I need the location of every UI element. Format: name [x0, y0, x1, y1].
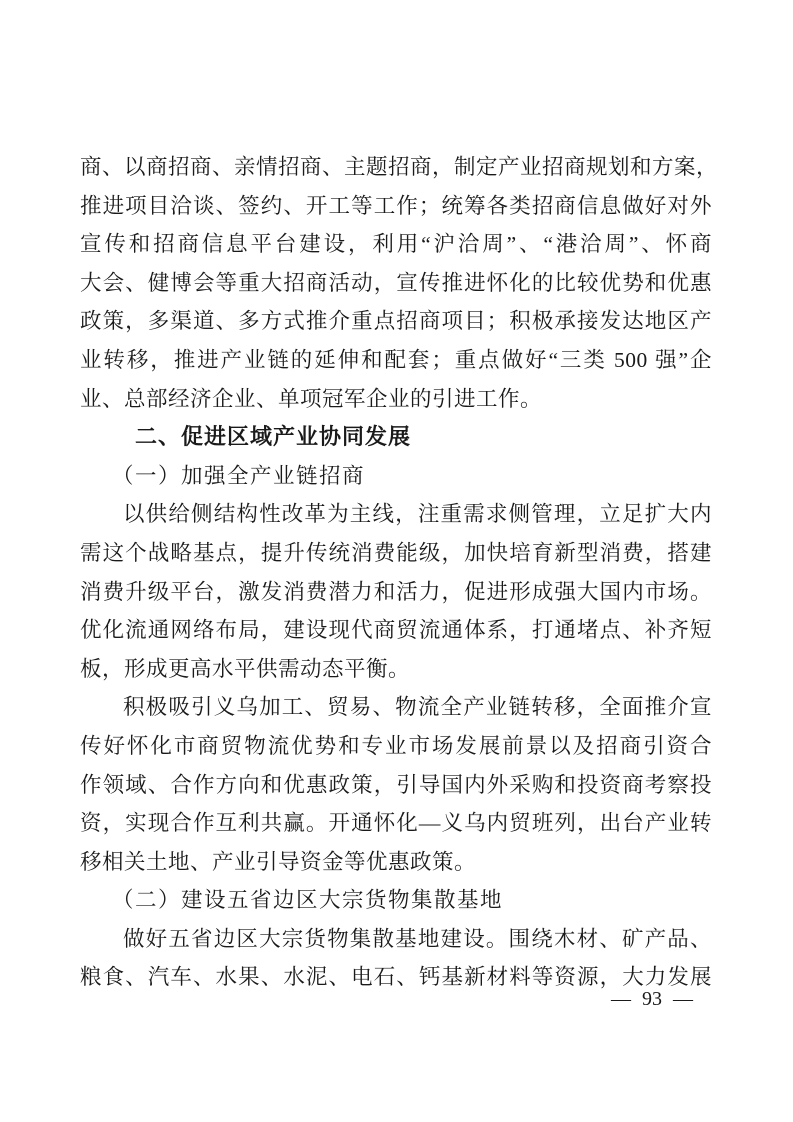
- section-heading: 二、促进区域产业协同发展: [80, 418, 712, 457]
- text-line: 需这个战略基点，提升传统消费能级，加快培育新型消费，搭建: [80, 534, 712, 573]
- text-line: 积极吸引义乌加工、贸易、物流全产业链转移，全面推介宣: [80, 688, 712, 727]
- text-line: 优化流通网络布局，建设现代商贸流通体系，打通堵点、补齐短: [80, 611, 712, 650]
- page-number: — 93 —: [611, 986, 693, 1012]
- text-line: 做好五省边区大宗货物集散基地建设。围绕木材、矿产品、: [80, 920, 712, 959]
- text-line: 政策，多渠道、多方式推介重点招商项目；积极承接发达地区产: [80, 302, 712, 341]
- document-page: 商、以商招商、亲情招商、主题招商，制定产业招商规划和方案， 推进项目洽谈、签约、…: [0, 0, 793, 1122]
- text-line: 传好怀化市商贸物流优势和专业市场发展前景以及招商引资合: [80, 727, 712, 766]
- text-line: 以供给侧结构性改革为主线，注重需求侧管理，立足扩大内: [80, 495, 712, 534]
- document-body: 商、以商招商、亲情招商、主题招商，制定产业招商规划和方案， 推进项目洽谈、签约、…: [80, 148, 712, 997]
- text-line: 移相关土地、产业引导资金等优惠政策。: [80, 843, 712, 882]
- text-line: 消费升级平台，激发消费潜力和活力，促进形成强大国内市场。: [80, 573, 712, 612]
- subsection-heading: （一）加强全产业链招商: [80, 457, 712, 496]
- text-line: 板，形成更高水平供需动态平衡。: [80, 650, 712, 689]
- text-line: 推进项目洽谈、签约、开工等工作；统筹各类招商信息做好对外: [80, 187, 712, 226]
- text-line: 业转移，推进产业链的延伸和配套；重点做好“三类 500 强”企: [80, 341, 712, 380]
- text-line: 商、以商招商、亲情招商、主题招商，制定产业招商规划和方案，: [80, 148, 712, 187]
- text-line: 宣传和招商信息平台建设，利用“沪洽周”、“港洽周”、怀商: [80, 225, 712, 264]
- subsection-heading: （二）建设五省边区大宗货物集散基地: [80, 881, 712, 920]
- text-line: 资，实现合作互利共赢。开通怀化—义乌内贸班列，出台产业转: [80, 804, 712, 843]
- text-line: 大会、健博会等重大招商活动，宣传推进怀化的比较优势和优惠: [80, 264, 712, 303]
- text-line: 业、总部经济企业、单项冠军企业的引进工作。: [80, 380, 712, 419]
- text-line: 作领域、合作方向和优惠政策，引导国内外采购和投资商考察投: [80, 766, 712, 805]
